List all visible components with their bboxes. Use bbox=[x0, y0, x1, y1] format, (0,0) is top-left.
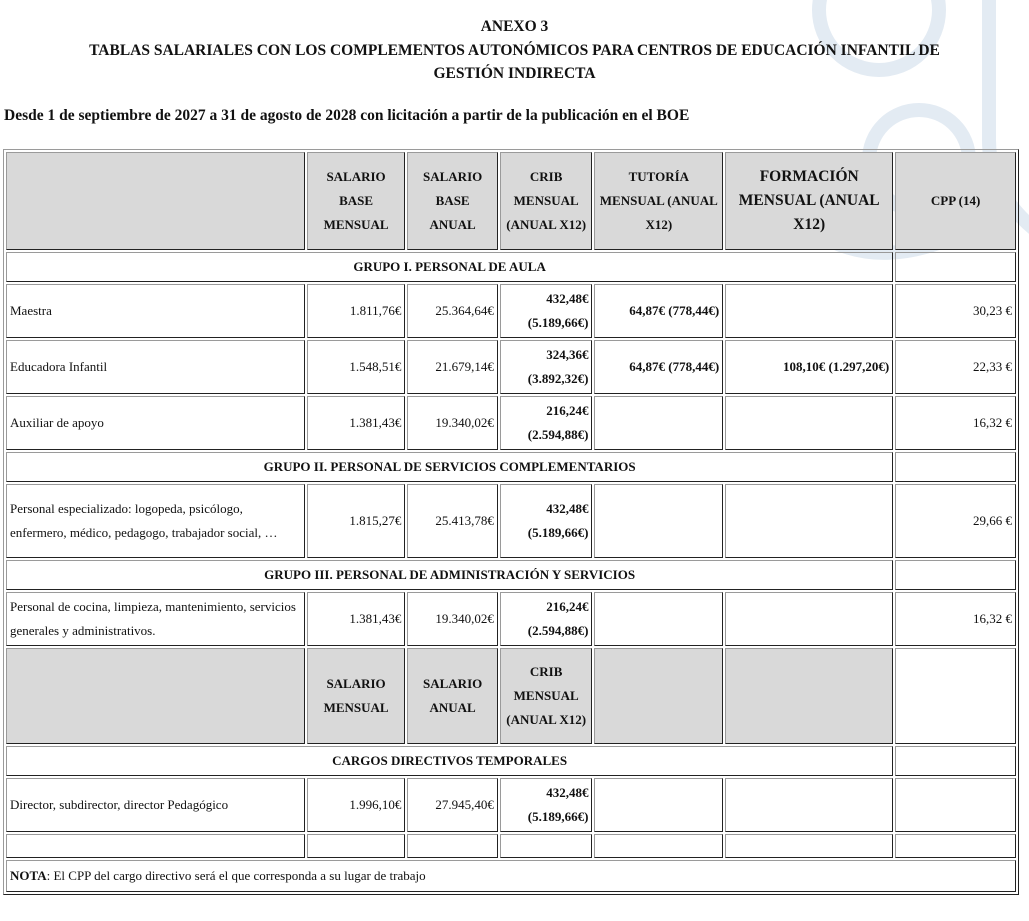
table-header-row-2: SALARIO MENSUAL SALARIO ANUAL CRIB MENSU… bbox=[6, 648, 1016, 744]
group-cpp-cell bbox=[895, 452, 1016, 482]
formacion-cell: 108,10€ (1.297,20€) bbox=[725, 340, 893, 394]
crib-anual: (2.594,88€) bbox=[504, 423, 589, 447]
empty-cell bbox=[6, 834, 305, 858]
formacion-cell bbox=[725, 396, 893, 450]
base-mensual-cell: 1.381,43€ bbox=[307, 396, 406, 450]
header-salario-base-anual: SALARIO BASE ANUAL bbox=[407, 152, 498, 250]
cpp-cell: 16,32 € bbox=[895, 592, 1016, 646]
cpp-cell: 22,33 € bbox=[895, 340, 1016, 394]
cpp-cell: 16,32 € bbox=[895, 396, 1016, 450]
table-row: Personal especializado: logopeda, psicól… bbox=[6, 484, 1016, 558]
crib-mensual: 432,48€ bbox=[504, 287, 589, 311]
cpp-cell: 30,23 € bbox=[895, 284, 1016, 338]
group-cpp-cell bbox=[895, 560, 1016, 590]
note-cell: NOTA: El CPP del cargo directivo será el… bbox=[6, 860, 1016, 892]
base-mensual-cell: 1.996,10€ bbox=[307, 778, 406, 832]
crib-anual: (5.189,66€) bbox=[504, 311, 589, 335]
header2-empty-cell bbox=[895, 648, 1016, 744]
base-anual-cell: 19.340,02€ bbox=[407, 592, 498, 646]
base-anual-cell: 21.679,14€ bbox=[407, 340, 498, 394]
header-formacion: FORMACIÓN MENSUAL (ANUAL X12) bbox=[725, 152, 893, 250]
header2-salario-anual: SALARIO ANUAL bbox=[407, 648, 498, 744]
tutoria-cell: 64,87€ (778,44€) bbox=[594, 284, 723, 338]
category-cell: Personal especializado: logopeda, psicól… bbox=[6, 484, 305, 558]
note-text: : El CPP del cargo directivo será el que… bbox=[47, 868, 426, 883]
document-title-line2: GESTIÓN INDIRECTA bbox=[0, 62, 1029, 85]
header-salario-base-mensual: SALARIO BASE MENSUAL bbox=[307, 152, 406, 250]
base-anual-cell: 27.945,40€ bbox=[407, 778, 498, 832]
crib-cell: 432,48€(5.189,66€) bbox=[500, 284, 593, 338]
base-anual-cell: 25.413,78€ bbox=[407, 484, 498, 558]
group-cpp-cell bbox=[895, 252, 1016, 282]
tutoria-cell bbox=[594, 778, 723, 832]
formacion-cell bbox=[725, 284, 893, 338]
crib-anual: (2.594,88€) bbox=[504, 619, 589, 643]
note-label: NOTA bbox=[10, 868, 47, 883]
group-row: GRUPO III. PERSONAL DE ADMINISTRACIÓN Y … bbox=[6, 560, 1016, 590]
category-cell: Educadora Infantil bbox=[6, 340, 305, 394]
header2-empty-cell bbox=[6, 648, 305, 744]
table-row: Director, subdirector, director Pedagógi… bbox=[6, 778, 1016, 832]
crib-mensual: 324,36€ bbox=[504, 343, 589, 367]
empty-row bbox=[6, 834, 1016, 858]
formacion-cell bbox=[725, 778, 893, 832]
period-subtitle: Desde 1 de septiembre de 2027 a 31 de ag… bbox=[4, 107, 689, 125]
empty-cell bbox=[307, 834, 406, 858]
formacion-cell bbox=[725, 592, 893, 646]
header2-salario-mensual: SALARIO MENSUAL bbox=[307, 648, 406, 744]
crib-mensual: 216,24€ bbox=[504, 399, 589, 423]
group-row: GRUPO II. PERSONAL DE SERVICIOS COMPLEME… bbox=[6, 452, 1016, 482]
group-title-3: GRUPO III. PERSONAL DE ADMINISTRACIÓN Y … bbox=[6, 560, 893, 590]
crib-cell: 432,48€(5.189,66€) bbox=[500, 778, 593, 832]
crib-mensual: 216,24€ bbox=[504, 595, 589, 619]
table-header-row: SALARIO BASE MENSUAL SALARIO BASE ANUAL … bbox=[6, 152, 1016, 250]
table-row: Educadora Infantil 1.548,51€ 21.679,14€ … bbox=[6, 340, 1016, 394]
base-mensual-cell: 1.815,27€ bbox=[307, 484, 406, 558]
group-cpp-cell bbox=[895, 746, 1016, 776]
salary-table: SALARIO BASE MENSUAL SALARIO BASE ANUAL … bbox=[3, 149, 1019, 895]
empty-cell bbox=[725, 834, 893, 858]
group-title-2: GRUPO II. PERSONAL DE SERVICIOS COMPLEME… bbox=[6, 452, 893, 482]
empty-cell bbox=[500, 834, 593, 858]
table-row: Auxiliar de apoyo 1.381,43€ 19.340,02€ 2… bbox=[6, 396, 1016, 450]
table-row: Maestra 1.811,76€ 25.364,64€ 432,48€(5.1… bbox=[6, 284, 1016, 338]
category-cell: Personal de cocina, limpieza, mantenimie… bbox=[6, 592, 305, 646]
crib-mensual: 432,48€ bbox=[504, 781, 589, 805]
empty-cell bbox=[594, 834, 723, 858]
empty-cell bbox=[407, 834, 498, 858]
header2-crib: CRIB MENSUAL (ANUAL X12) bbox=[500, 648, 593, 744]
document-title-line1: TABLAS SALARIALES CON LOS COMPLEMENTOS A… bbox=[0, 39, 1029, 62]
cpp-cell bbox=[895, 778, 1016, 832]
base-anual-cell: 25.364,64€ bbox=[407, 284, 498, 338]
header-tutoria: TUTORÍA MENSUAL (ANUAL X12) bbox=[594, 152, 723, 250]
base-anual-cell: 19.340,02€ bbox=[407, 396, 498, 450]
base-mensual-cell: 1.381,43€ bbox=[307, 592, 406, 646]
note-row: NOTA: El CPP del cargo directivo será el… bbox=[6, 860, 1016, 892]
tutoria-cell: 64,87€ (778,44€) bbox=[594, 340, 723, 394]
tutoria-cell bbox=[594, 396, 723, 450]
header-cpp: CPP (14) bbox=[895, 152, 1016, 250]
crib-cell: 216,24€(2.594,88€) bbox=[500, 592, 593, 646]
base-mensual-cell: 1.811,76€ bbox=[307, 284, 406, 338]
group-row: CARGOS DIRECTIVOS TEMPORALES bbox=[6, 746, 1016, 776]
header2-empty-cell bbox=[725, 648, 893, 744]
tutoria-cell bbox=[594, 592, 723, 646]
header-empty-cell bbox=[6, 152, 305, 250]
header2-empty-cell bbox=[594, 648, 723, 744]
group-title-4: CARGOS DIRECTIVOS TEMPORALES bbox=[6, 746, 893, 776]
category-cell: Auxiliar de apoyo bbox=[6, 396, 305, 450]
tutoria-cell bbox=[594, 484, 723, 558]
crib-anual: (3.892,32€) bbox=[504, 367, 589, 391]
annex-title: ANEXO 3 bbox=[0, 15, 1029, 38]
crib-cell: 216,24€(2.594,88€) bbox=[500, 396, 593, 450]
crib-mensual: 432,48€ bbox=[504, 497, 589, 521]
header-crib: CRIB MENSUAL (ANUAL X12) bbox=[500, 152, 593, 250]
base-mensual-cell: 1.548,51€ bbox=[307, 340, 406, 394]
table-row: Personal de cocina, limpieza, mantenimie… bbox=[6, 592, 1016, 646]
cpp-cell: 29,66 € bbox=[895, 484, 1016, 558]
crib-cell: 324,36€(3.892,32€) bbox=[500, 340, 593, 394]
category-cell: Director, subdirector, director Pedagógi… bbox=[6, 778, 305, 832]
crib-cell: 432,48€(5.189,66€) bbox=[500, 484, 593, 558]
crib-anual: (5.189,66€) bbox=[504, 521, 589, 545]
formacion-cell bbox=[725, 484, 893, 558]
group-row: GRUPO I. PERSONAL DE AULA bbox=[6, 252, 1016, 282]
empty-cell bbox=[895, 834, 1016, 858]
crib-anual: (5.189,66€) bbox=[504, 805, 589, 829]
category-cell: Maestra bbox=[6, 284, 305, 338]
group-title-1: GRUPO I. PERSONAL DE AULA bbox=[6, 252, 893, 282]
